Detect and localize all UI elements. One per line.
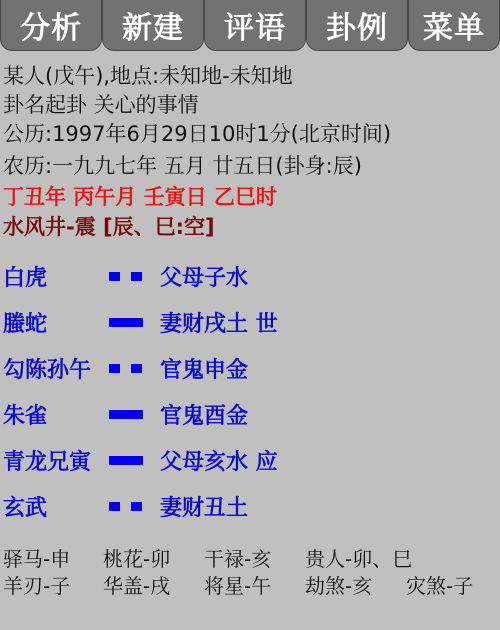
menu-button[interactable]: 菜单 (408, 0, 500, 51)
six-god: 青龙兄寅 (3, 445, 91, 476)
gua-name: 水风井-震 [辰、巳:空] (3, 213, 215, 241)
shensha-item: 灾煞-子 (406, 570, 473, 599)
ganzhi-pillars: 丁丑年 丙午月 壬寅日 乙巳时 (3, 183, 277, 211)
shensha-item: 驿马-申 (3, 543, 70, 572)
toolbar: 分析 新建 评语 卦例 菜单 (0, 0, 500, 52)
six-god: 勾陈孙午 (3, 353, 91, 384)
six-relation: 妻财丑土 (160, 491, 248, 522)
yin-line-icon (109, 272, 143, 281)
solar-date: 公历:1997年6月29日10时1分(北京时间) (3, 120, 391, 148)
shensha-item: 华盖-戌 (103, 570, 170, 599)
yang-line-icon (109, 410, 143, 419)
shensha-item: 劫煞-亥 (305, 570, 372, 599)
six-god: 白虎 (3, 261, 47, 292)
shensha-item: 干禄-亥 (204, 543, 271, 572)
six-relation: 父母子水 (160, 261, 248, 292)
examples-button[interactable]: 卦例 (306, 0, 408, 51)
person-location: 某人(戊午),地点:未知地-未知地 (3, 62, 293, 90)
shensha-item: 将星-午 (204, 570, 271, 599)
yin-line-icon (109, 502, 143, 511)
yang-line-icon (109, 456, 143, 465)
yin-line-icon (109, 364, 143, 373)
analyze-button[interactable]: 分析 (0, 0, 102, 51)
shensha-item: 羊刃-子 (3, 570, 70, 599)
method-question: 卦名起卦 关心的事情 (3, 91, 199, 119)
yao-row-2: 青龙兄寅 父母亥水 应 (0, 439, 500, 479)
six-relation: 官鬼申金 (160, 353, 248, 384)
six-god: 朱雀 (3, 399, 47, 430)
six-god: 螣蛇 (3, 307, 47, 338)
shensha-item: 桃花-卯 (103, 543, 170, 572)
new-button[interactable]: 新建 (102, 0, 204, 51)
six-relation: 父母亥水 应 (160, 445, 278, 476)
comment-button[interactable]: 评语 (204, 0, 306, 51)
six-relation: 妻财戌土 世 (160, 307, 278, 338)
yao-row-4: 勾陈孙午 官鬼申金 (0, 347, 500, 387)
shensha-item: 贵人-卯、巳 (305, 543, 412, 572)
yao-row-5: 螣蛇 妻财戌土 世 (0, 301, 500, 341)
yao-row-1: 玄武 妻财丑土 (0, 485, 500, 525)
six-god: 玄武 (3, 491, 47, 522)
six-relation: 官鬼酉金 (160, 399, 248, 430)
yao-row-6: 白虎 父母子水 (0, 255, 500, 295)
yang-line-icon (109, 318, 143, 327)
yao-row-3: 朱雀 官鬼酉金 (0, 393, 500, 433)
lunar-date: 农历:一九九七年 五月 廿五日(卦身:辰) (3, 152, 362, 180)
